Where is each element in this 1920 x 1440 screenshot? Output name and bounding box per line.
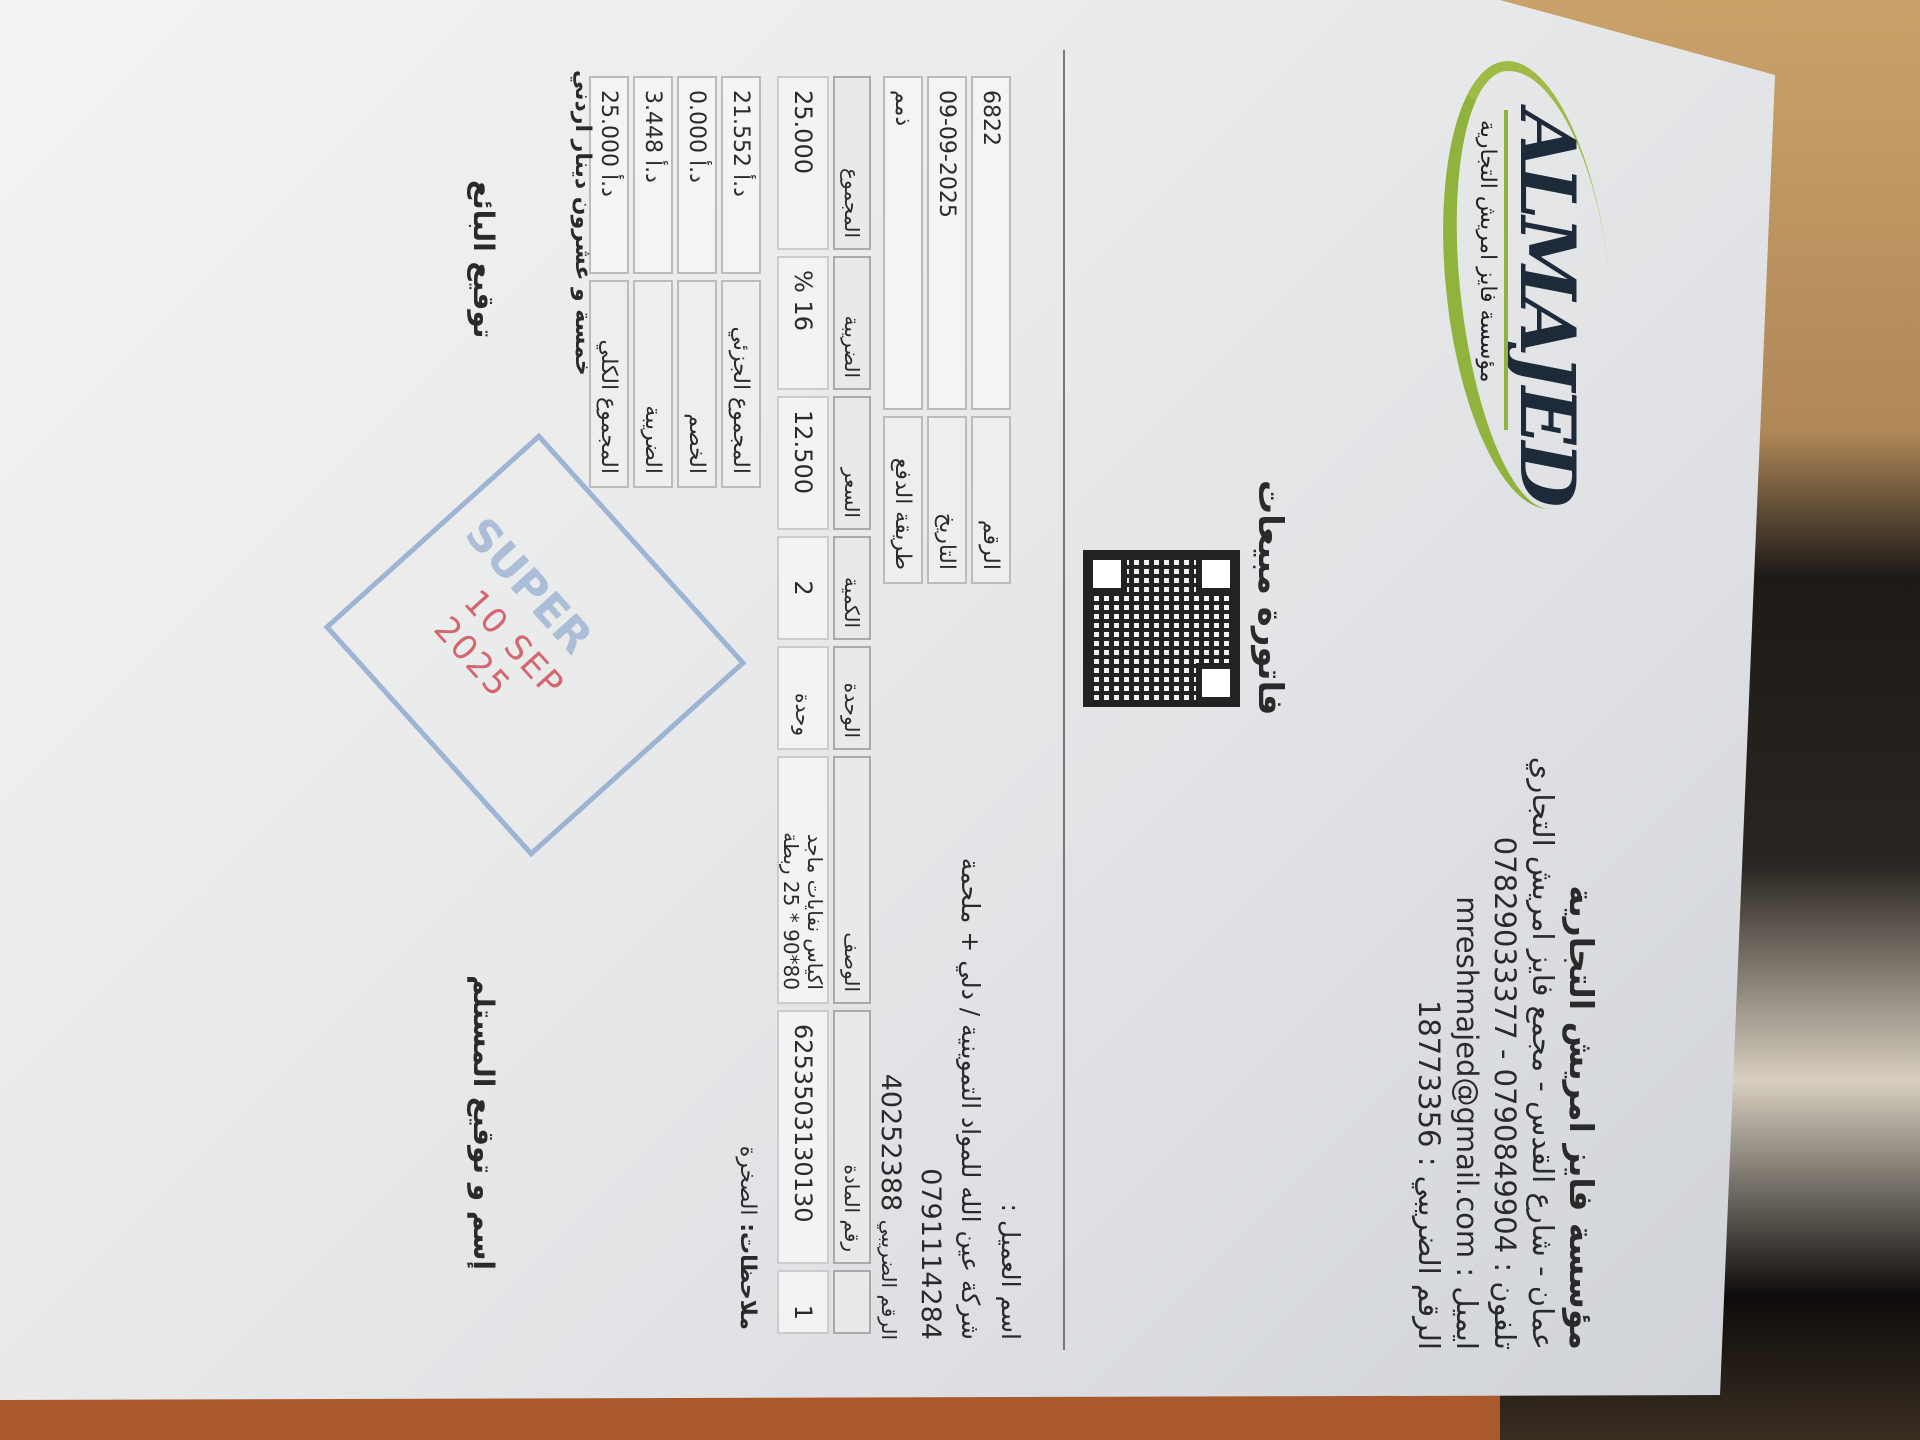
invoice-page: مؤسسة فايز امريش التجارية عمان - شارع ال… [120, 10, 1720, 1390]
total-row-discount: الخصم 0.000 د.أ [677, 76, 717, 488]
logo-underline [1504, 110, 1508, 430]
company-email: ايميل : mreshmajed@gmail.com [1448, 650, 1486, 1350]
table-surface [0, 1395, 1500, 1440]
customer-phone: 0791114284 [910, 858, 950, 1340]
company-phones: تلفون : 07829033377 - 0790849904 [1486, 650, 1524, 1350]
total-row-tax: الضريبة 3.448 د.أ [633, 76, 673, 488]
items-table: رقم المادة الوصف الوحدة الكمية السعر الض… [773, 70, 875, 1340]
seller-signature-label: توقيع البائع [467, 180, 500, 338]
meta-row-date: التاريخ 09-09-2025 [927, 76, 967, 584]
customer-name: شركة عين الله للمواد التموينية / دلي + م… [950, 858, 990, 1340]
customer-block: اسم العميل : شركة عين الله للمواد التموي… [869, 858, 1030, 1340]
notes: ملاحظات: الصخرة [735, 1146, 760, 1330]
customer-tax: الرقم الضريبي 40252388 [869, 858, 910, 1340]
table-row: 1 6253503130130 اكياس نفايات ماجد 80*90 … [777, 76, 829, 1334]
customer-label: اسم العميل : [990, 858, 1030, 1340]
company-name: مؤسسة فايز امريش التجارية [1562, 650, 1600, 1350]
company-tax-number: الرقم الضريبي : 18773356 [1410, 650, 1448, 1350]
qr-code-icon [1083, 550, 1240, 707]
meta-row-number: الرقم 6822 [971, 76, 1011, 584]
total-row-subtotal: المجموع الجزئي 21.552 د.أ [721, 76, 761, 488]
amount-in-words: خمسة و عشرون دينار اردني [570, 70, 595, 376]
company-stamp: SUPER 10 SEP 2025 [324, 433, 747, 857]
document-title: فاتورة مبيعات [1250, 480, 1290, 716]
almajed-logo: ALMAJED مؤسسة فايز امريش التجارية [1460, 50, 1610, 510]
invoice-paper: مؤسسة فايز امريش التجارية عمان - شارع ال… [0, 0, 1775, 1400]
items-header-row: رقم المادة الوصف الوحدة الكمية السعر الض… [833, 76, 871, 1334]
receiver-signature-label: إسم و توقيع المستلم [467, 975, 500, 1270]
meta-row-payment: طريقة الدفع ذمم [883, 76, 923, 584]
invoice-meta-table: الرقم 6822 التاريخ 09-09-2025 طريقة الدف… [879, 70, 1015, 590]
logo-subtitle: مؤسسة فايز امريش التجارية [1475, 120, 1500, 383]
header-divider [1063, 50, 1065, 1350]
logo-wordmark: ALMAJED [1503, 110, 1592, 504]
totals-table: المجموع الجزئي 21.552 د.أ الخصم 0.000 د.… [585, 70, 765, 494]
company-header: مؤسسة فايز امريش التجارية عمان - شارع ال… [1410, 650, 1600, 1350]
total-row-grand: المجموع الكلي 25.000 د.أ [589, 76, 629, 488]
company-address: عمان - شارع القدس - مجمع فايز امريش التج… [1524, 650, 1562, 1350]
